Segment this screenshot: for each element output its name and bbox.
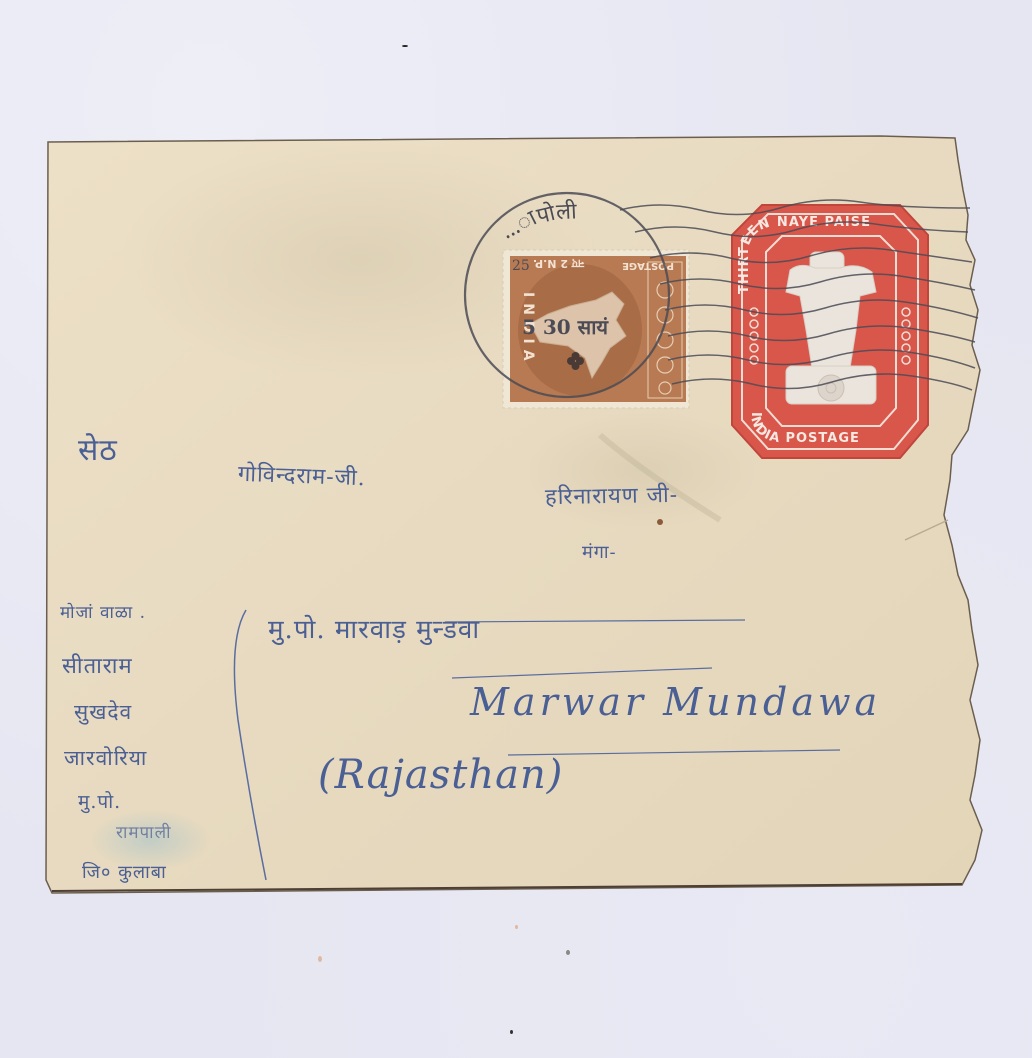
postmark-time: 5 30 सायं (522, 315, 609, 339)
sender-line: सुखदेव (74, 698, 132, 726)
address-state-line: (Rajasthan) (318, 752, 563, 798)
envelope: THIRTEEN NAYE PAISE INDIA POSTAGE POSTAG… (0, 0, 1032, 1058)
address-post-line: मु.पो. मारवाड़ मुन्डवा (268, 610, 480, 646)
sender-line: जि० कुलाबा (82, 860, 167, 884)
address-salutation: सेठ (78, 428, 118, 469)
address-name-3: मंगा- (582, 540, 617, 564)
envelope-artwork: THIRTEEN NAYE PAISE INDIA POSTAGE POSTAG… (0, 0, 1032, 1058)
postmark-date: 25 (512, 258, 530, 274)
adhesive-denomination-text: नए 2 N.P. (533, 257, 585, 270)
sender-line: मोजां वाळा . (60, 600, 146, 623)
sender-line: रामपाली (116, 820, 172, 843)
address-name-2: हरिनारायण जी- (545, 479, 679, 511)
sender-line: मु.पो. (78, 788, 121, 814)
sender-line: सीताराम (62, 650, 133, 680)
address-name-1: गोविन्दराम-जी. (238, 458, 367, 492)
sender-line: जारवोरिया (64, 744, 147, 772)
address-english-line: Marwar Mundawa (470, 680, 881, 724)
imprinted-stamp: THIRTEEN NAYE PAISE INDIA POSTAGE (732, 205, 928, 458)
